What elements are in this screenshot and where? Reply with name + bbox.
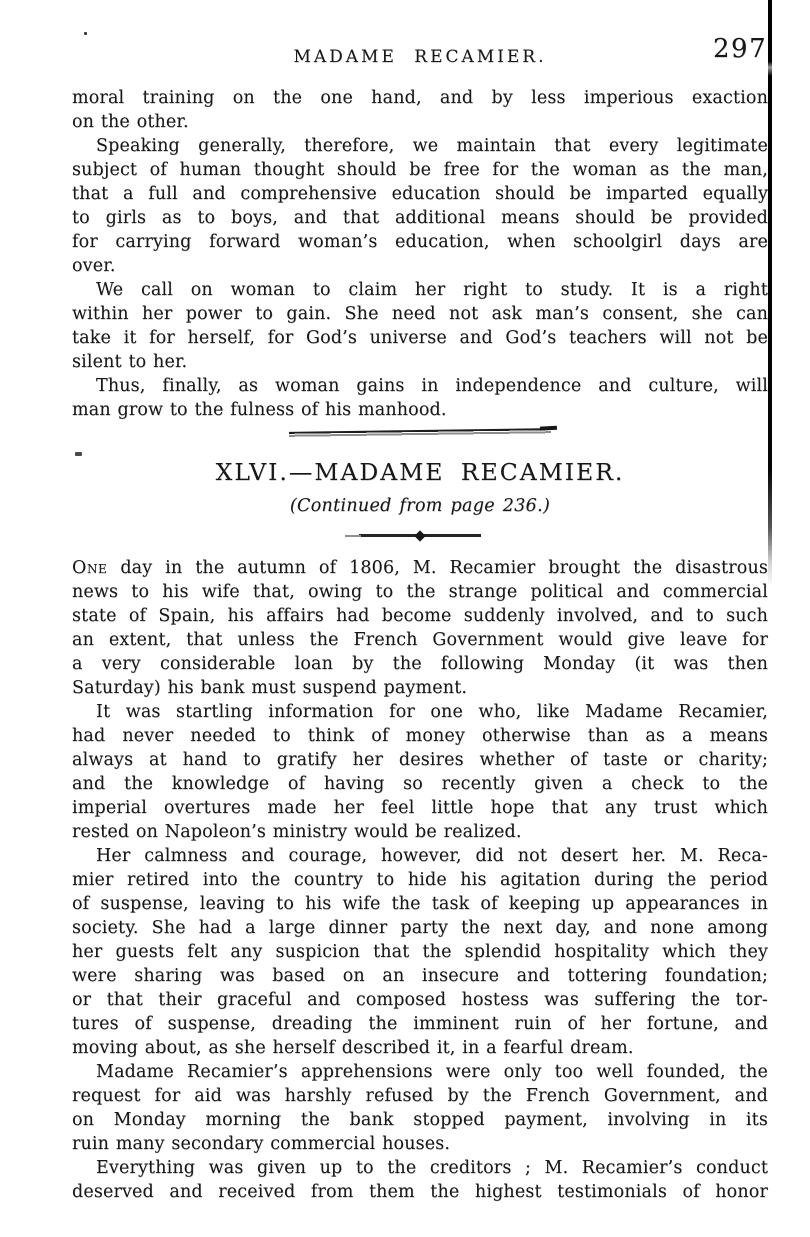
text-line: Saturday) his bank must suspend payment. bbox=[72, 676, 768, 700]
text-line: within her power to gain. She need not a… bbox=[72, 302, 768, 326]
page-edge-scan-line bbox=[768, 0, 772, 586]
text-line: her guests felt any suspicion that the s… bbox=[72, 940, 768, 964]
text-line: for carrying forward woman’s education, … bbox=[72, 230, 768, 254]
text-line: that a full and comprehensive education … bbox=[72, 182, 768, 206]
text-line: and the knowledge of having so recently … bbox=[72, 772, 768, 796]
text-line: mier retired into the country to hide hi… bbox=[72, 868, 768, 892]
text-line: were sharing was based on an insecure an… bbox=[72, 964, 768, 988]
text-line: an extent, that unless the French Govern… bbox=[72, 628, 768, 652]
text-line: always at hand to gratify her desires wh… bbox=[72, 748, 768, 772]
text-line: over. bbox=[72, 254, 768, 278]
text-line: Madame Recamier’s apprehensions were onl… bbox=[72, 1060, 768, 1084]
text-line: deserved and received from them the high… bbox=[72, 1180, 768, 1204]
text-line: Everything was given up to the creditors… bbox=[72, 1156, 768, 1180]
text-line: on Monday morning the bank stopped payme… bbox=[72, 1108, 768, 1132]
text-line: of suspense, leaving to his wife the tas… bbox=[72, 892, 768, 916]
text-line: silent to her. bbox=[72, 350, 768, 374]
text-line: rested on Napoleon’s ministry would be r… bbox=[72, 820, 768, 844]
text-line: It was startling information for one who… bbox=[72, 700, 768, 724]
page-number: 297 bbox=[713, 34, 767, 64]
text-line: man grow to the fulness of his manhood. bbox=[72, 398, 768, 422]
text-line: state of Spain, his affairs had become s… bbox=[72, 604, 768, 628]
opening-word: One bbox=[72, 558, 107, 578]
section-heading: XLVI.—MADAME RECAMIER. bbox=[72, 457, 768, 487]
text-line: Speaking generally, therefore, we mainta… bbox=[72, 134, 768, 158]
diamond-ornament-icon bbox=[414, 530, 425, 541]
text-line: news to his wife that, owing to the stra… bbox=[72, 580, 768, 604]
running-header: MADAME RECAMIER. bbox=[0, 47, 810, 67]
text-line: had never needed to think of money other… bbox=[72, 724, 768, 748]
text-line: to girls as to boys, and that additional… bbox=[72, 206, 768, 230]
book-page: MADAME RECAMIER. 297 moral training on t… bbox=[0, 0, 810, 1237]
text-line: on the other. bbox=[72, 110, 768, 134]
text-line: request for aid was harshly refused by t… bbox=[72, 1084, 768, 1108]
text-line: ruin many secondary commercial houses. bbox=[72, 1132, 768, 1156]
text-line: moving about, as she herself described i… bbox=[72, 1036, 768, 1060]
section-divider-rule bbox=[289, 428, 551, 438]
text-line: subject of human thought should be free … bbox=[72, 158, 768, 182]
text-line: take it for herself, for God’s universe … bbox=[72, 326, 768, 350]
text-line: imperial overtures made her feel little … bbox=[72, 796, 768, 820]
text-line-rest: day in the autumn of 1806, M. Recamier b… bbox=[107, 558, 768, 578]
text-line: society. She had a large dinner party th… bbox=[72, 916, 768, 940]
text-line: a very considerable loan by the followin… bbox=[72, 652, 768, 676]
continued-from-note: (Continued from page 236.) bbox=[72, 495, 768, 517]
text-line: Her calmness and courage, however, did n… bbox=[72, 844, 768, 868]
ornament-divider bbox=[359, 534, 481, 537]
text-line: Thus, finally, as woman gains in indepen… bbox=[72, 374, 768, 398]
text-line: moral training on the one hand, and by l… bbox=[72, 86, 768, 110]
article-body: One day in the autumn of 1806, M. Recami… bbox=[72, 556, 768, 1204]
text-line: We call on woman to claim her right to s… bbox=[72, 278, 768, 302]
text-line: One day in the autumn of 1806, M. Recami… bbox=[72, 556, 768, 580]
text-line: or that their graceful and composed host… bbox=[72, 988, 768, 1012]
text-column: moral training on the one hand, and by l… bbox=[72, 86, 768, 1204]
text-line: tures of suspense, dreading the imminent… bbox=[72, 1012, 768, 1036]
scan-speck bbox=[84, 32, 87, 35]
